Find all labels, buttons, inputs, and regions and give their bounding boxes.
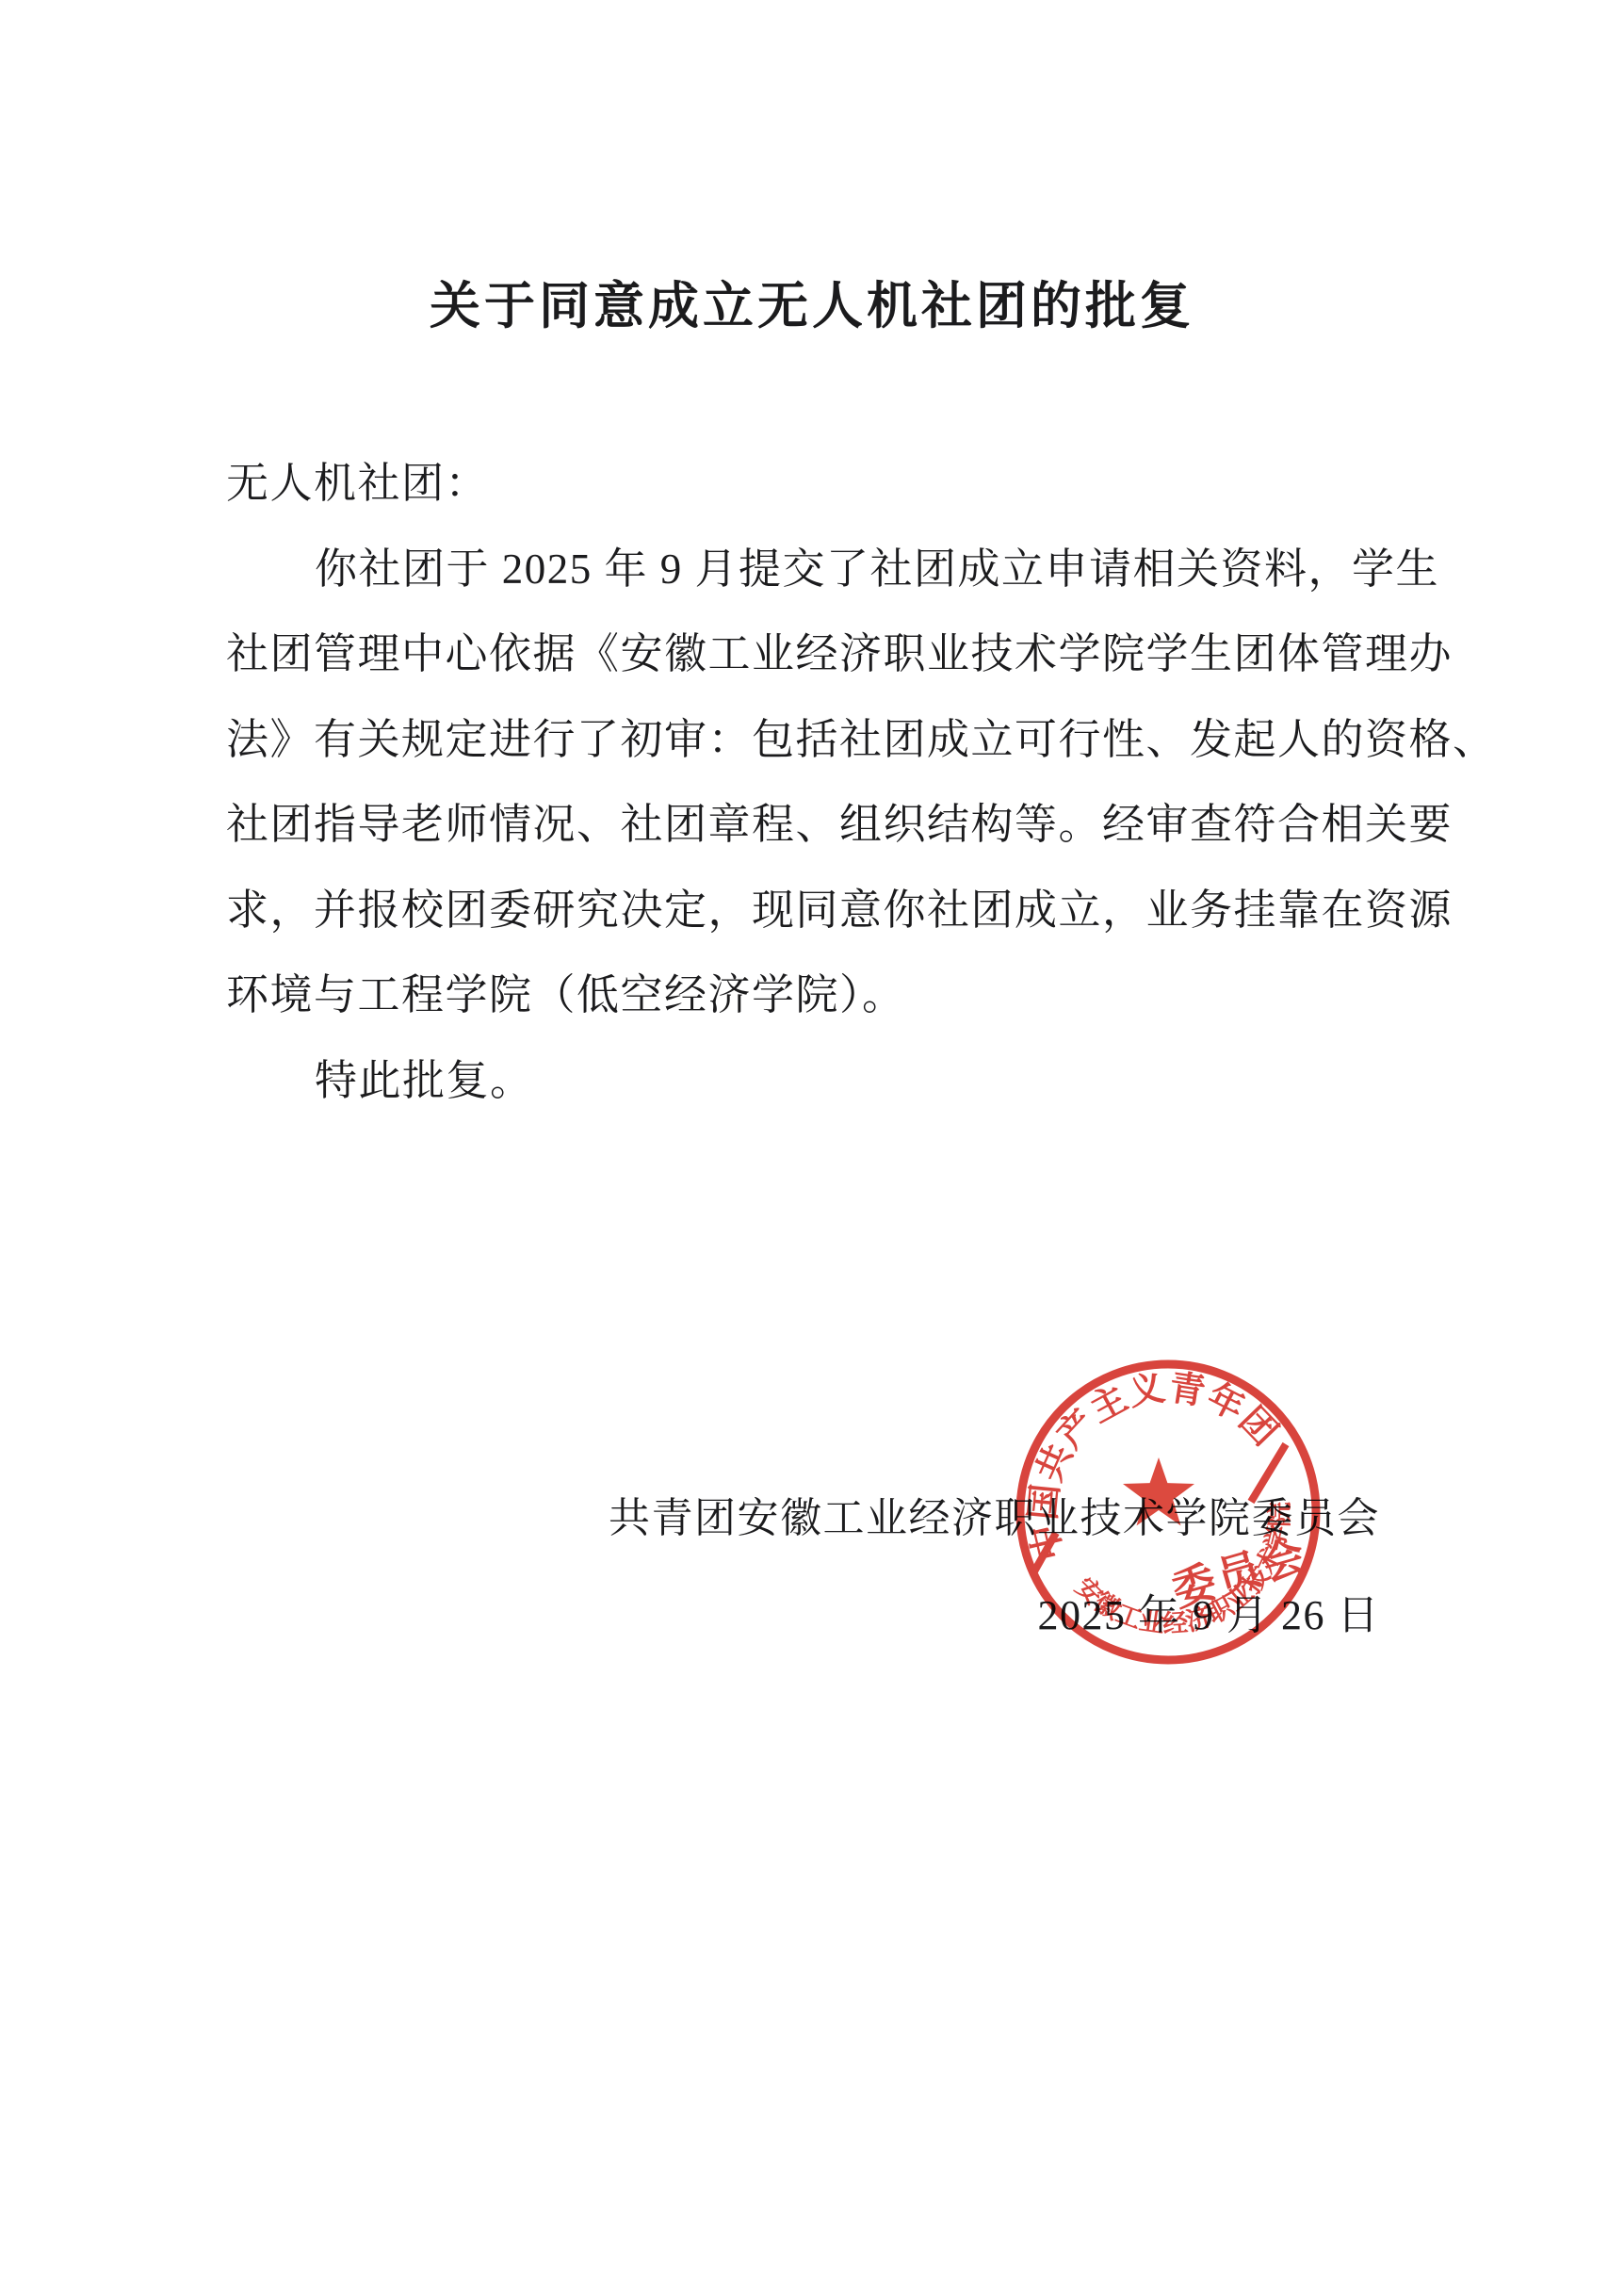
body-line-3: 法》有关规定进行了初审：包括社团成立可行性、发起人的资格、 xyxy=(226,697,1394,783)
approval-letter-page: 关于同意成立无人机社团的批复 无人机社团： 你社团于 2025 年 9 月提交了… xyxy=(0,0,1624,2295)
issue-date: 2025 年 9 月 26 日 xyxy=(609,1562,1380,1659)
letter-body: 无人机社团： 你社团于 2025 年 9 月提交了社团成立申请相关资料，学生 社… xyxy=(226,441,1394,1123)
closing-phrase: 特此批复。 xyxy=(226,1038,1394,1124)
body-line-1: 你社团于 2025 年 9 月提交了社团成立申请相关资料，学生 xyxy=(226,527,1394,612)
document-title: 关于同意成立无人机社团的批复 xyxy=(0,266,1624,338)
signature-block: 共青团安徽工业经济职业技术学院委员会 2025 年 9 月 26 日 xyxy=(609,1475,1380,1659)
body-line-5: 求，并报校团委研究决定，现同意你社团成立，业务挂靠在资源 xyxy=(226,868,1394,953)
salutation: 无人机社团： xyxy=(226,441,1394,527)
body-line-6: 环境与工程学院（低空经济学院）。 xyxy=(226,952,1394,1038)
body-line-2: 社团管理中心依据《安徽工业经济职业技术学院学生团体管理办 xyxy=(226,611,1394,697)
issuing-organization: 共青团安徽工业经济职业技术学院委员会 xyxy=(609,1475,1380,1562)
body-line-4: 社团指导老师情况、社团章程、组织结构等。经审查符合相关要 xyxy=(226,782,1394,868)
